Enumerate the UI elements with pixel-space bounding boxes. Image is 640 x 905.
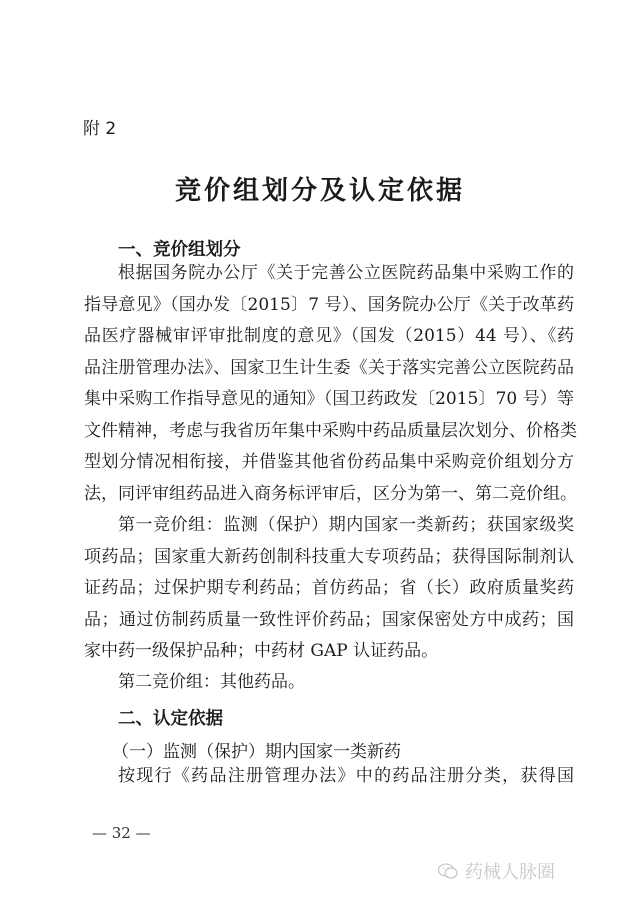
text-line: 集中采购工作指导意见的通知》（国卫药政发〔2015〕70 号）等 — [84, 384, 574, 416]
document-title: 竞价组划分及认定依据 — [0, 170, 640, 207]
text-line: 品医疗器械审评审批制度的意见》（国发（2015）44 号）、《药 — [84, 321, 574, 353]
attachment-label: 附 2 — [83, 114, 116, 139]
watermark: 药械人脉圈 — [437, 858, 555, 884]
paragraph-second-group: 第二竞价组：其他药品。 — [84, 667, 574, 699]
text-line: 文件精神，考虑与我省历年集中采购中药品质量层次划分、价格类 — [84, 416, 574, 448]
text-line: 指导意见》（国办发〔2015〕7 号）、国务院办公厅《关于改革药 — [84, 290, 574, 322]
section-heading-2: 二、认定依据 — [118, 705, 223, 730]
text-line: 按现行《药品注册管理办法》中的药品注册分类，获得国 — [84, 761, 574, 793]
text-line: 品；通过仿制药质量一致性评价药品；国家保密处方中成药；国 — [84, 605, 574, 637]
page-number: — 32 — — [92, 824, 151, 842]
text-line: 证药品；过保护期专利药品；首仿药品；省（长）政府质量奖药 — [84, 573, 574, 605]
wechat-icon — [437, 862, 459, 880]
text-line: 家中药一级保护品种；中药材 GAP 认证药品。 — [84, 636, 574, 668]
text-line: 法，同评审组药品进入商务标评审后，区分为第一、第二竞价组。 — [84, 479, 574, 511]
watermark-text: 药械人脉圈 — [465, 858, 555, 884]
text-line: 项药品；国家重大新药创制科技重大专项药品；获得国际制剂认 — [84, 542, 574, 574]
paragraph-first-group: 第一竞价组：监测（保护）期内国家一类新药；获国家级奖 项药品；国家重大新药创制科… — [84, 510, 574, 668]
document-page: 附 2 竞价组划分及认定依据 一、竞价组划分 根据国务院办公厅《关于完善公立医院… — [0, 0, 640, 905]
text-line: 品注册管理办法》、国家卫生计生委《关于落实完善公立医院药品 — [84, 353, 574, 385]
text-line: 第一竞价组：监测（保护）期内国家一类新药；获国家级奖 — [84, 510, 574, 542]
text-line: 第二竞价组：其他药品。 — [84, 667, 574, 699]
paragraph-criteria: 按现行《药品注册管理办法》中的药品注册分类，获得国 — [84, 761, 574, 793]
text-line: 根据国务院办公厅《关于完善公立医院药品集中采购工作的 — [84, 258, 574, 290]
subsection-heading: （一）监测（保护）期内国家一类新药 — [112, 737, 401, 762]
text-line: 型划分情况相衔接，并借鉴其他省份药品集中采购竞价组划分方 — [84, 447, 574, 479]
paragraph-basis: 根据国务院办公厅《关于完善公立医院药品集中采购工作的 指导意见》（国办发〔201… — [84, 258, 574, 510]
